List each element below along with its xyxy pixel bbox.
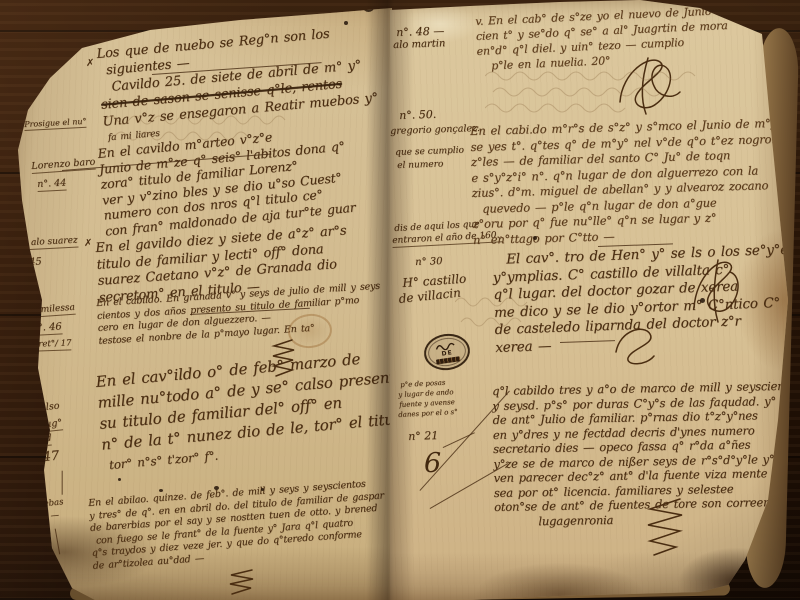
- pen-cross-mark: ✗: [84, 238, 92, 249]
- margin-note-posas-4: danes por el o s°: [398, 408, 458, 419]
- margin-note-n48: n°. 48 —: [396, 24, 445, 39]
- ink-blot: [533, 236, 537, 240]
- ink-blot: [344, 21, 348, 25]
- ink-blot: [700, 298, 705, 303]
- handwritten-paragraph-left-6: En el abilao. quinze. de feb°. de mill y…: [88, 477, 388, 572]
- margin-note-prosigue: Prosigue el nu°: [24, 117, 87, 131]
- margin-note-n50: n°. 50.: [399, 108, 437, 122]
- margin-note-alo-martin: alo martin: [393, 38, 446, 51]
- ink-bleed-scribble: [455, 292, 575, 342]
- margin-note-posas-3: fuente y avense: [399, 398, 455, 409]
- ink-bleed-scribble: [485, 68, 765, 116]
- stamp-bottom-word: [436, 356, 460, 364]
- handwritten-paragraph-right-2: En el cabi.do m°r°s de s°z° y s°mco el J…: [470, 116, 786, 248]
- ink-blot: [261, 488, 264, 491]
- zigzag-flourish-icon: [270, 338, 296, 378]
- pen-cross-mark: ✗: [86, 58, 94, 69]
- margin-note-posas-1: p°e de posas: [400, 379, 446, 389]
- notary-flourish-icon: [610, 322, 660, 367]
- margin-note-posas-2: y lugar de ando: [398, 388, 454, 399]
- manuscript-photo: ✗ ✗ Prosigue el nu° Lorenzo baro n°. 44 …: [0, 0, 800, 600]
- pen-bracket-line: [61, 471, 62, 495]
- margin-note-cumplio-2: el numero: [397, 159, 444, 171]
- ink-blot: [118, 478, 121, 481]
- margin-note-gregorio: gregorio gonçalez.: [390, 123, 480, 137]
- zigzag-flourish-icon: [640, 495, 688, 557]
- ink-blot: [159, 489, 163, 492]
- margin-note-n30: n° 30: [415, 256, 443, 268]
- stamp-text: DE: [441, 350, 453, 357]
- margin-note-n21: n° 21: [408, 429, 439, 443]
- zigzag-flourish-icon: [226, 568, 256, 596]
- margin-note-n44: n°. 44: [37, 177, 67, 191]
- margin-note-lorenzo: Lorenzo baro: [31, 157, 96, 174]
- margin-note-cumplio-1: que se cumplio: [395, 146, 464, 158]
- handwritten-paragraph-left-5: En el cav°ildo o° de feb° marzo demille …: [95, 345, 410, 476]
- notary-flourish-icon: [688, 252, 746, 324]
- ink-blot: [214, 486, 219, 490]
- pen-bracket-line: [54, 529, 60, 555]
- ink-bleed-scribble: [105, 112, 355, 142]
